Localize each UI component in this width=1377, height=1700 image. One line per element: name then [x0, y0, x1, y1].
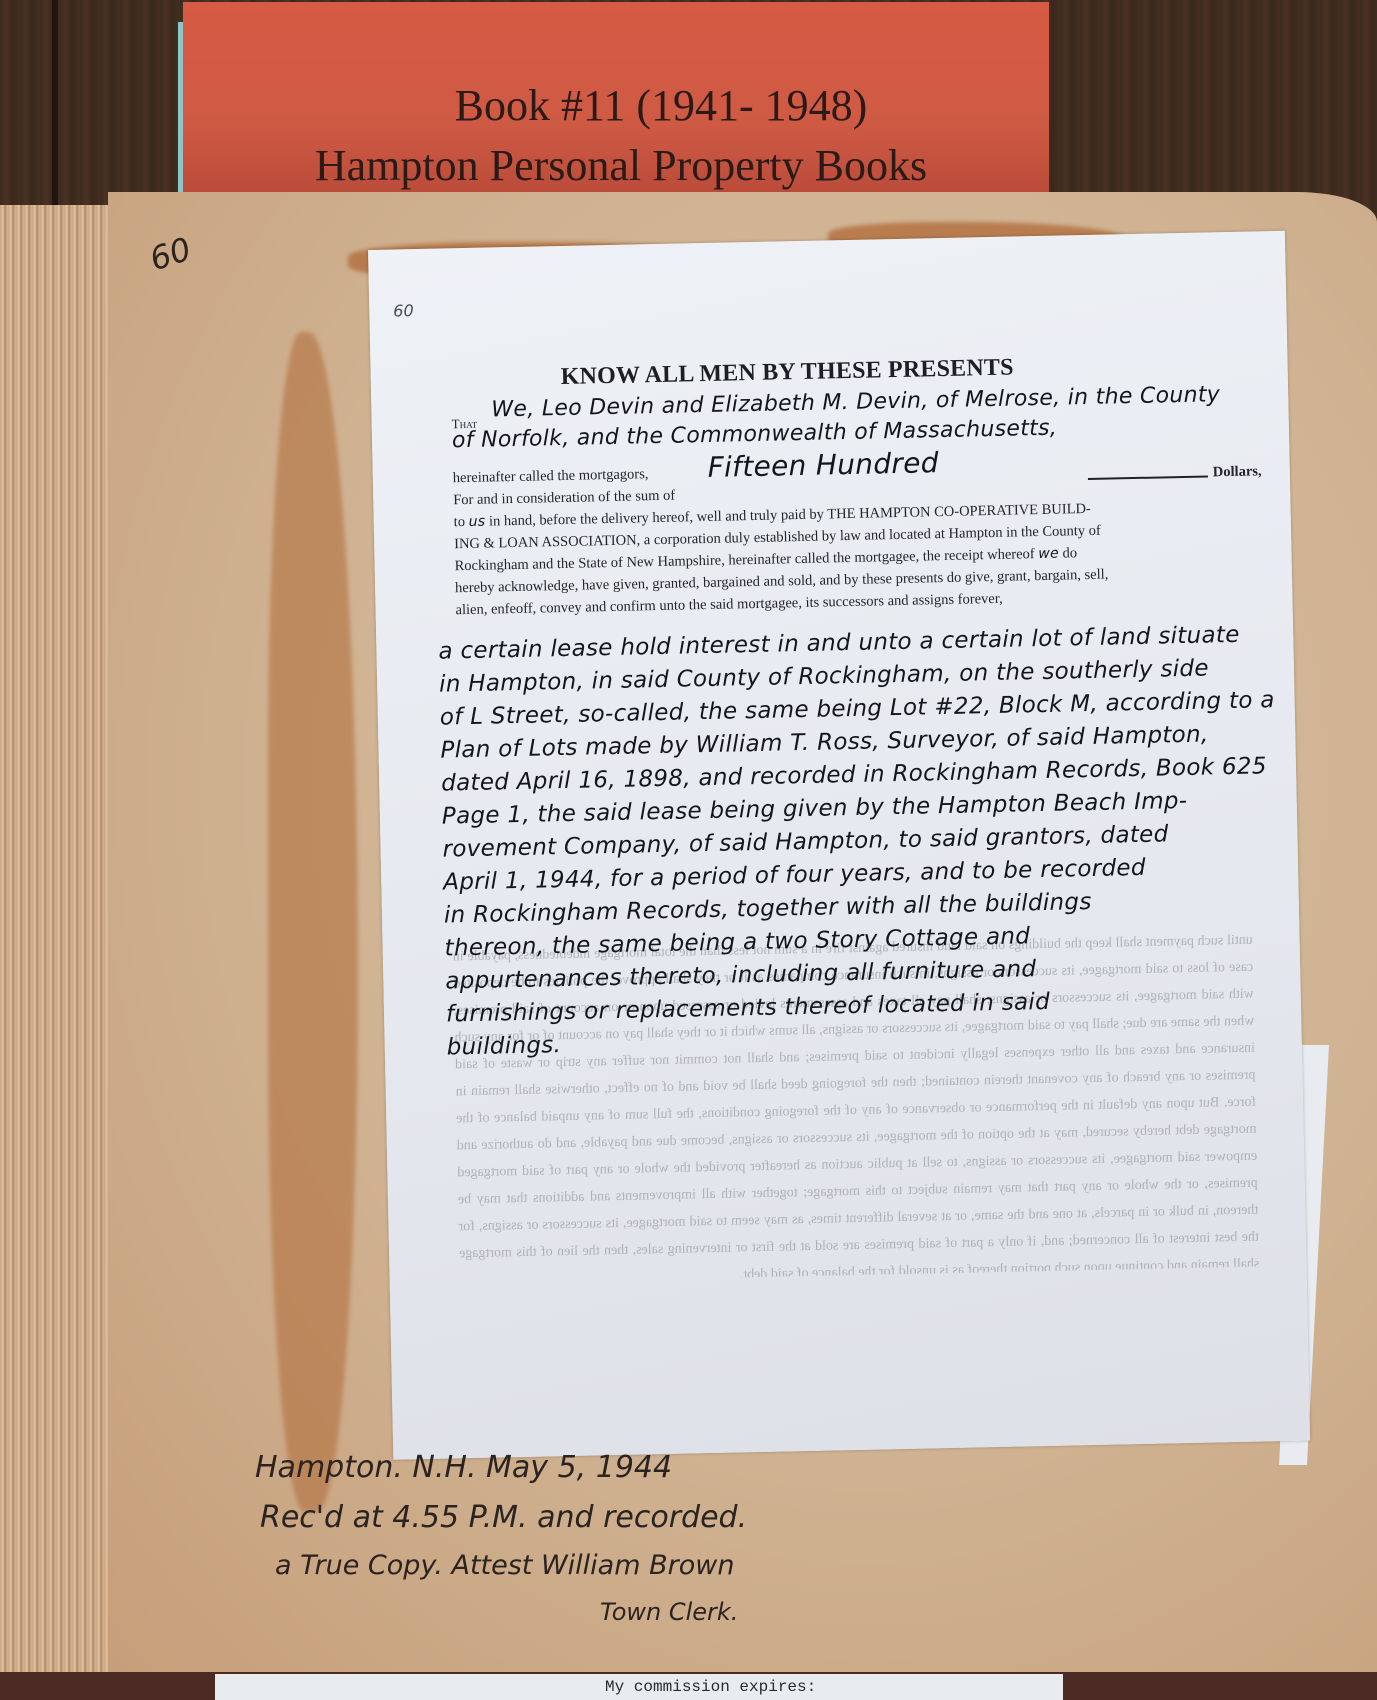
dollars-label: Dollars,: [1213, 463, 1262, 481]
bleed-through-text-top: [440, 332, 1240, 349]
description-line-9: in Rockingham Records, together with all…: [444, 889, 1092, 929]
receipt-handwritten: we: [1038, 546, 1059, 562]
description-line-13: buildings.: [446, 1032, 561, 1060]
dollars-fill-line: [1088, 475, 1208, 480]
recording-annotation-line-1: Hampton. N.H. May 5, 1944: [255, 1450, 672, 1485]
glue-stain-left: [268, 332, 358, 1512]
recording-annotation-line-4: Town Clerk.: [600, 1598, 738, 1626]
book-label-sheet: Book #11 (1941- 1948) Hampton Personal P…: [183, 2, 1049, 202]
print-line-3-end: do: [1062, 545, 1077, 561]
book-label-title: Book #11 (1941- 1948): [183, 80, 1049, 131]
mortgagor-label: hereinafter called the mortgagors,: [453, 466, 649, 487]
recording-annotation-line-2: Rec'd at 4.55 P.M. and recorded.: [260, 1500, 747, 1535]
recording-annotation-line-3: a True Copy. Attest William Brown: [275, 1550, 734, 1581]
book-label-subtitle: Hampton Personal Property Books: [183, 140, 1049, 191]
wood-seam: [52, 0, 58, 210]
to-handwritten: us: [468, 514, 485, 530]
sum-written: Fifteen Hundred: [707, 446, 939, 484]
to-label: to: [454, 514, 466, 530]
deed-title: KNOW ALL MEN BY THESE PRESENTS: [560, 355, 1013, 391]
mortgage-deed-sheet: 60 until such payment shall keep the bui…: [368, 231, 1310, 1460]
commission-expires-text: My commission expires:: [605, 1678, 816, 1696]
book-page-edges: [0, 205, 112, 1685]
sheet-page-number: 60: [393, 301, 414, 320]
consideration-label: For and in consideration of the sum of: [453, 488, 675, 510]
